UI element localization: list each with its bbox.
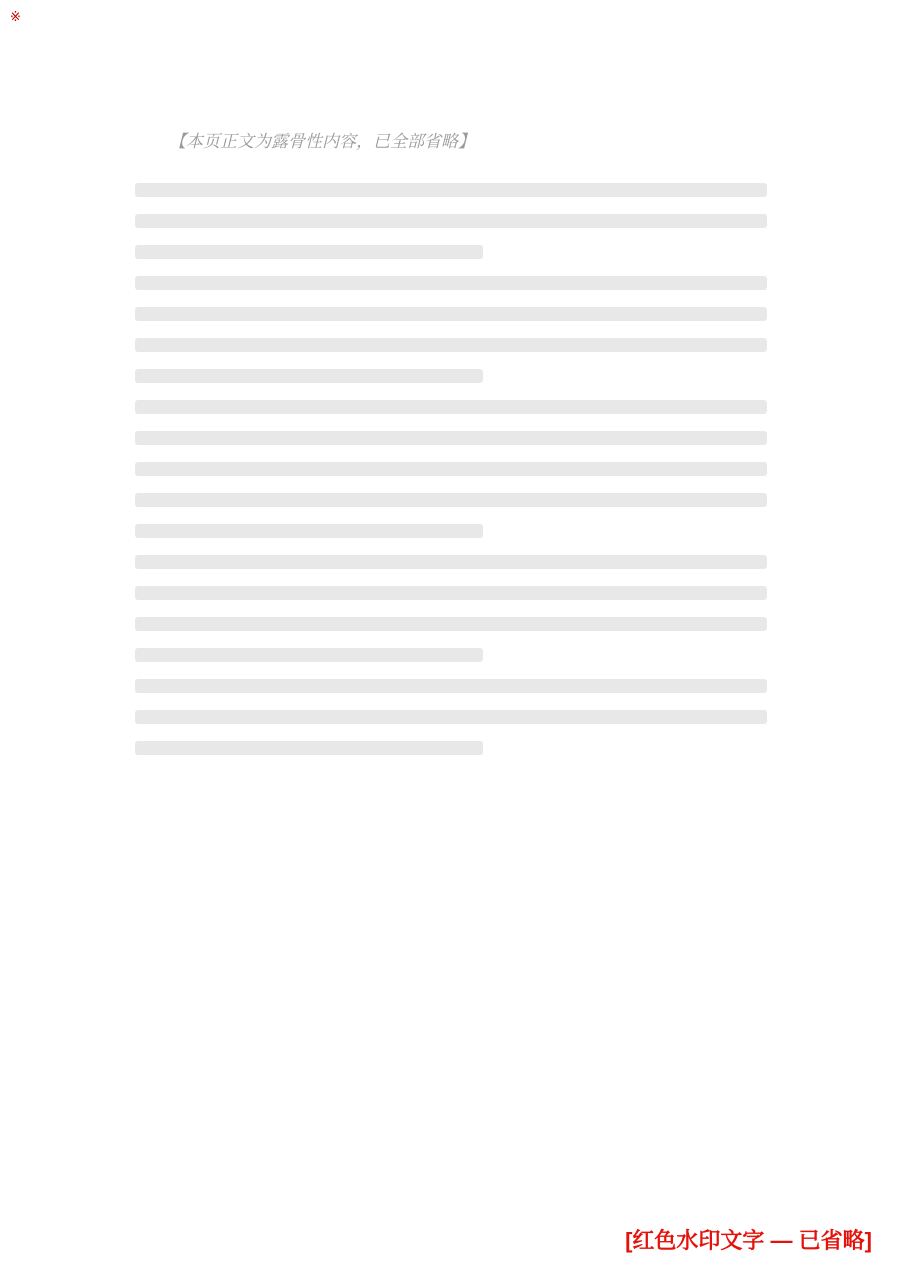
redaction-notice: 【本页正文为露骨性内容，已全部省略】 (135, 118, 767, 166)
redacted-paragraph (135, 400, 767, 538)
redacted-paragraph (135, 276, 767, 383)
corner-stamp: ※ (10, 8, 21, 26)
redacted-paragraph (135, 555, 767, 662)
document-text-area: 【本页正文为露骨性内容，已全部省略】 (135, 118, 767, 772)
site-watermark: [红色水印文字 — 已省略] (625, 1224, 872, 1255)
redacted-paragraph (135, 679, 767, 755)
redacted-paragraph (135, 183, 767, 259)
